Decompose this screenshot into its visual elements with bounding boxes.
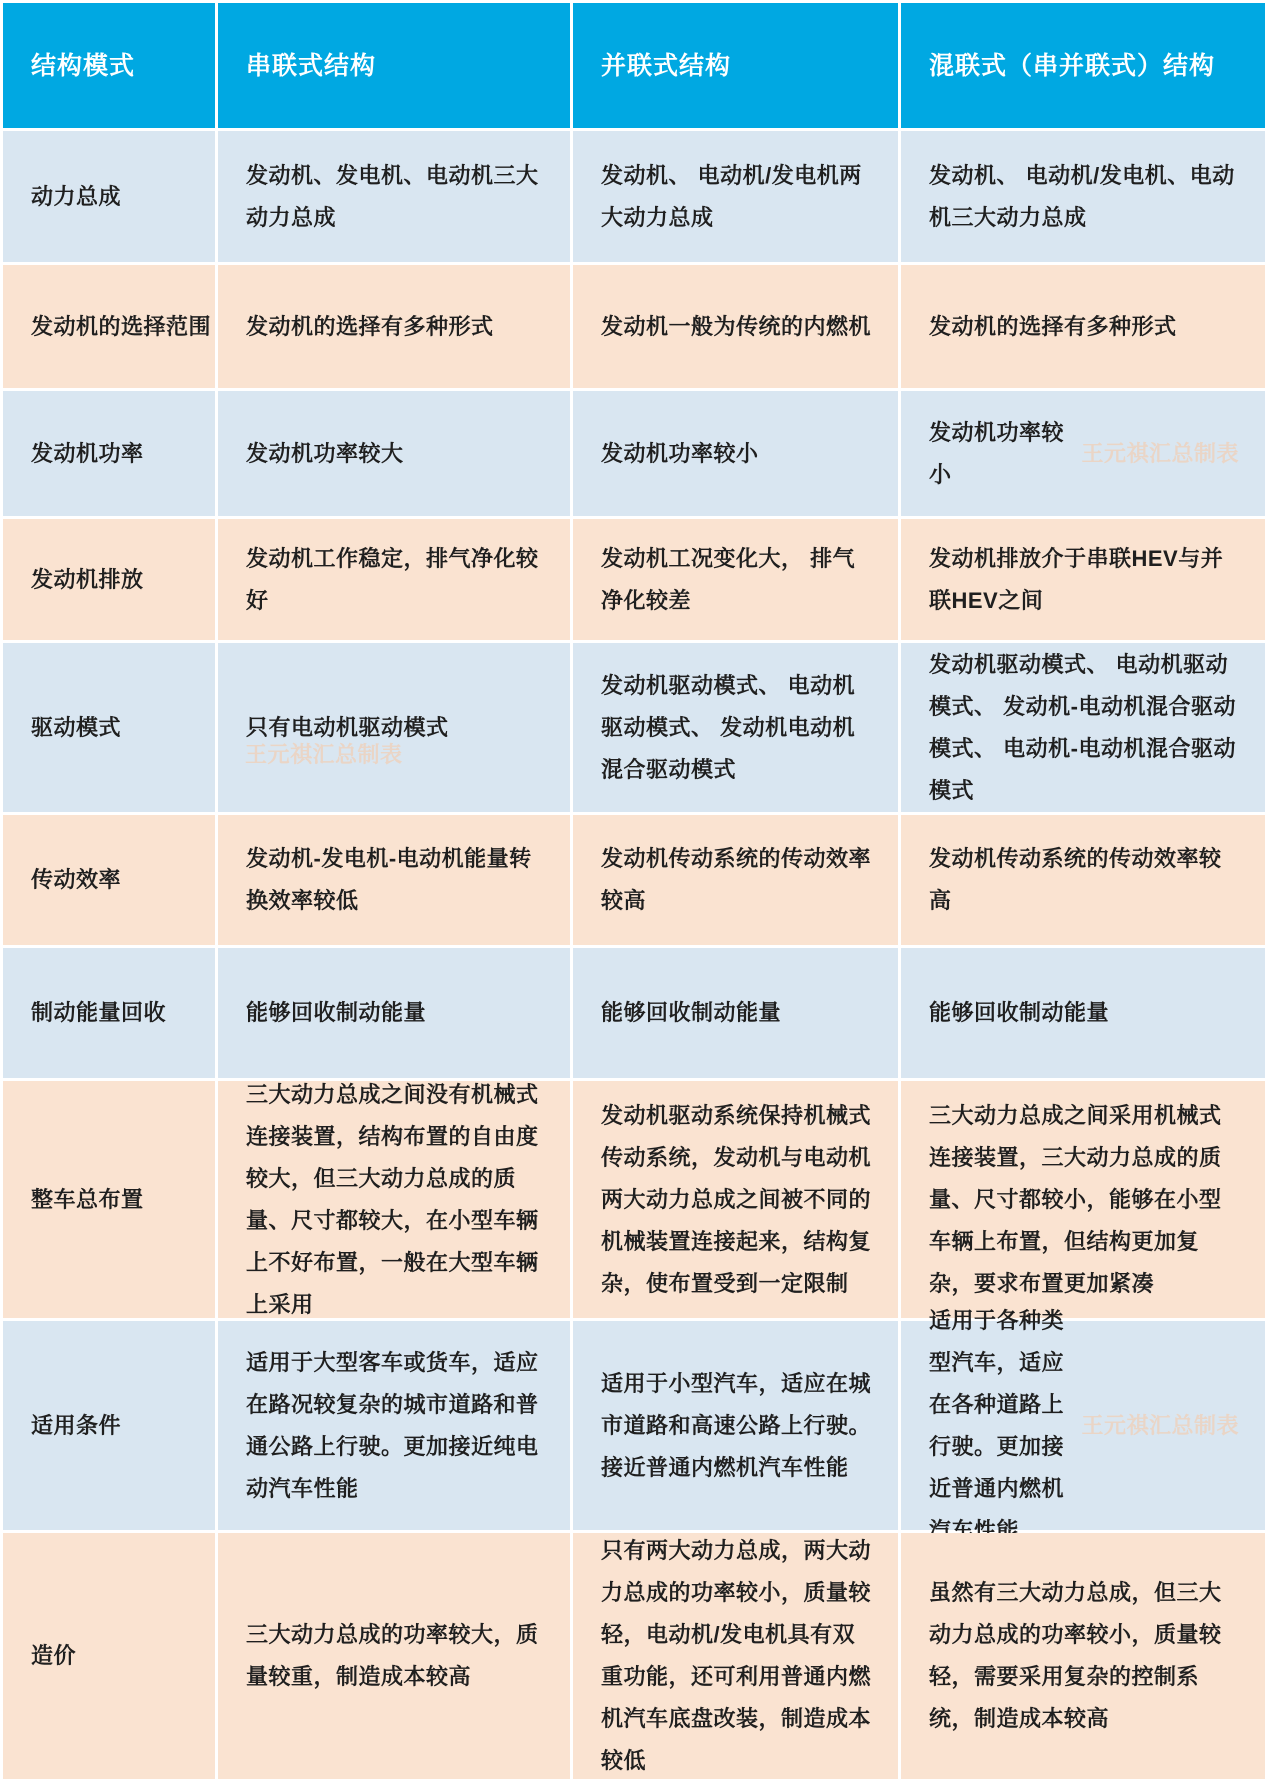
table-cell: 能够回收制动能量 [901,948,1265,1078]
row-label: 适用条件 [31,1405,121,1447]
table-cell: 发动机驱动模式、 电动机驱动模式、 发动机电动机混合驱动模式 [573,643,898,812]
cell-text: 能够回收制动能量 [246,992,426,1034]
cell-text: 适用于各种类型汽车，适应在各种道路上行驶。更加接近普通内燃机汽车性能 [929,1300,1071,1552]
cell-text: 发动机功率较小 [929,412,1071,496]
header-label: 串联式结构 [246,45,376,87]
cell-text: 发动机工作稳定，排气净化较好 [246,538,544,622]
table-cell: 发动机驱动系统保持机械式传动系统，发动机与电动机两大动力总成之间被不同的机械装置… [573,1081,898,1318]
table-cell: 发动机、 电动机/发电机、电动机三大动力总成 [901,131,1265,262]
comparison-table: 结构模式 串联式结构 并联式结构 混联式（串并联式）结构 动力总成 发动机、发电… [0,0,1268,1779]
table-cell: 只有两大动力总成，两大动力总成的功率较小，质量较轻，电动机/发电机具有双重功能，… [573,1533,898,1779]
cell-text: 发动机-发电机-电动机能量转换效率较低 [246,838,544,922]
row-label: 发动机排放 [31,559,144,601]
cell-text: 发动机传动系统的传动效率较高 [929,838,1239,922]
table-cell: 适用于大型客车或货车，适应在路况较复杂的城市道路和普通公路上行驶。更加接近纯电动… [218,1321,570,1530]
header-cell-structure-mode: 结构模式 [3,3,215,128]
cell-text: 能够回收制动能量 [929,992,1109,1034]
table-cell: 发动机的选择有多种形式 [901,265,1265,388]
cell-text: 三大动力总成之间采用机械式连接装置，三大动力总成的质量、尺寸都较小，能够在小型车… [929,1095,1239,1305]
table-cell: 只有电动机驱动模式王元祺汇总制表 [218,643,570,812]
row-label: 造价 [31,1635,76,1677]
cell-text: 发动机一般为传统的内燃机 [601,306,871,348]
header-cell-mixed-structure: 混联式（串并联式）结构 [901,3,1265,128]
row-header: 制动能量回收 [3,948,215,1078]
row-label: 发动机的选择范围 [31,306,211,348]
cell-text: 适用于大型客车或货车，适应在路况较复杂的城市道路和普通公路上行驶。更加接近纯电动… [246,1342,544,1510]
table-cell: 适用于各种类型汽车，适应在各种道路上行驶。更加接近普通内燃机汽车性能王元祺汇总制… [901,1321,1265,1530]
cell-text: 只有两大动力总成，两大动力总成的功率较小，质量较轻，电动机/发电机具有双重功能，… [601,1530,872,1782]
header-label: 并联式结构 [601,45,731,87]
cell-text: 发动机驱动系统保持机械式传动系统，发动机与电动机两大动力总成之间被不同的机械装置… [601,1095,872,1305]
watermark-text: 王元祺汇总制表 [1081,1405,1239,1447]
row-header: 造价 [3,1533,215,1779]
watermark-text: 王元祺汇总制表 [1081,433,1239,475]
table-cell: 发动机一般为传统的内燃机 [573,265,898,388]
row-header: 发动机排放 [3,519,215,640]
cell-text: 发动机驱动模式、 电动机驱动模式、 发动机-电动机混合驱动模式、 电动机-电动机… [929,644,1239,812]
row-header: 发动机功率 [3,391,215,516]
row-label: 整车总布置 [31,1179,144,1221]
cell-text: 适用于小型汽车，适应在城市道路和高速公路上行驶。接近普通内燃机汽车性能 [601,1363,872,1489]
header-label: 结构模式 [31,45,135,87]
cell-text: 发动机、 电动机/发电机、电动机三大动力总成 [929,155,1239,239]
table-cell: 发动机的选择有多种形式 [218,265,570,388]
cell-text: 发动机的选择有多种形式 [929,306,1177,348]
cell-text: 能够回收制动能量 [601,992,781,1034]
cell-text: 发动机工况变化大， 排气净化较差 [601,538,872,622]
table-cell: 三大动力总成的功率较大，质量较重，制造成本较高 [218,1533,570,1779]
table-cell: 发动机-发电机-电动机能量转换效率较低 [218,815,570,945]
table-cell: 发动机功率较小王元祺汇总制表 [901,391,1265,516]
row-header: 发动机的选择范围 [3,265,215,388]
row-label: 传动效率 [31,859,121,901]
table-cell: 发动机工况变化大， 排气净化较差 [573,519,898,640]
row-header: 动力总成 [3,131,215,262]
table-cell: 发动机驱动模式、 电动机驱动模式、 发动机-电动机混合驱动模式、 电动机-电动机… [901,643,1265,812]
table-cell: 三大动力总成之间采用机械式连接装置，三大动力总成的质量、尺寸都较小，能够在小型车… [901,1081,1265,1318]
cell-text: 发动机、 电动机/发电机两大动力总成 [601,155,872,239]
cell-text: 发动机的选择有多种形式 [246,306,494,348]
cell-text: 发动机排放介于串联HEV与并联HEV之间 [929,538,1239,622]
row-header: 传动效率 [3,815,215,945]
table-cell: 发动机工作稳定，排气净化较好 [218,519,570,640]
table-cell: 发动机、发电机、电动机三大动力总成 [218,131,570,262]
table-cell: 能够回收制动能量 [573,948,898,1078]
header-cell-series-structure: 串联式结构 [218,3,570,128]
row-label: 动力总成 [31,176,121,218]
table-cell: 发动机功率较大 [218,391,570,516]
table-cell: 发动机排放介于串联HEV与并联HEV之间 [901,519,1265,640]
row-label: 发动机功率 [31,433,144,475]
table-cell: 发动机、 电动机/发电机两大动力总成 [573,131,898,262]
table-cell: 发动机功率较小 [573,391,898,516]
row-label: 制动能量回收 [31,992,166,1034]
cell-text: 发动机功率较小 [601,433,759,475]
row-header: 适用条件 [3,1321,215,1530]
table-cell: 发动机传动系统的传动效率较高 [901,815,1265,945]
table-cell: 三大动力总成之间没有机械式连接装置，结构布置的自由度较大，但三大动力总成的质量、… [218,1081,570,1318]
cell-text: 虽然有三大动力总成，但三大动力总成的功率较小，质量较轻，需要采用复杂的控制系统，… [929,1572,1239,1740]
row-header: 整车总布置 [3,1081,215,1318]
header-cell-parallel-structure: 并联式结构 [573,3,898,128]
cell-text: 发动机、发电机、电动机三大动力总成 [246,155,544,239]
cell-text: 发动机驱动模式、 电动机驱动模式、 发动机电动机混合驱动模式 [601,665,872,791]
row-header: 驱动模式 [3,643,215,812]
row-label: 驱动模式 [31,707,121,749]
table-cell: 能够回收制动能量 [218,948,570,1078]
cell-text: 三大动力总成之间没有机械式连接装置，结构布置的自由度较大，但三大动力总成的质量、… [246,1074,544,1326]
table-cell: 发动机传动系统的传动效率较高 [573,815,898,945]
cell-text: 发动机功率较大 [246,433,404,475]
watermark-text: 王元祺汇总制表 [245,734,403,776]
cell-text: 三大动力总成的功率较大，质量较重，制造成本较高 [246,1614,544,1698]
header-label: 混联式（串并联式）结构 [929,45,1215,87]
cell-text: 发动机传动系统的传动效率较高 [601,838,872,922]
table-cell: 适用于小型汽车，适应在城市道路和高速公路上行驶。接近普通内燃机汽车性能 [573,1321,898,1530]
table-cell: 虽然有三大动力总成，但三大动力总成的功率较小，质量较轻，需要采用复杂的控制系统，… [901,1533,1265,1779]
